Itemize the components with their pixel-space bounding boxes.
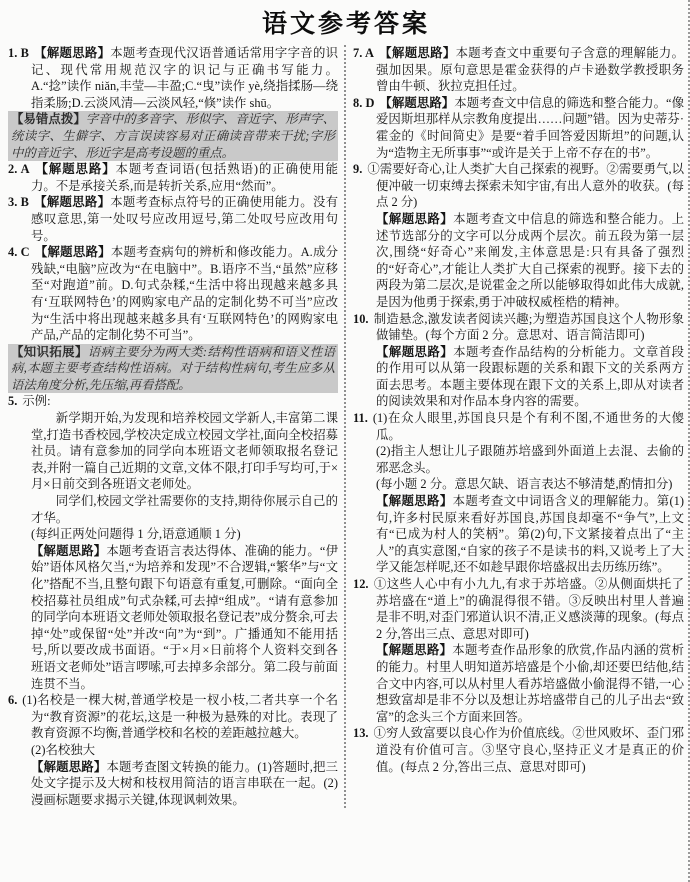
- answer-item-4: 4. C【解题思路】本题考查病句的辨析和修改能力。A.成分残缺,“电脑”应改为“…: [8, 244, 338, 344]
- answer-number: 13.: [353, 726, 369, 740]
- answer-number: 8. D: [353, 96, 374, 110]
- answer-subitem: (2)名校独大: [8, 742, 338, 759]
- solution-label: 【解题思路】: [376, 345, 453, 359]
- page-title: 语文参考答案: [8, 4, 684, 40]
- solution-paragraph: 【解题思路】本题考查作品形象的欣赏,作品内涵的赏析的能力。村里人明知道苏培盛是个…: [353, 642, 684, 725]
- sample-paragraph: 新学期开始,为发现和培养校园文学新人,丰富第二课堂,打造书香校园,学校决定成立校…: [8, 410, 338, 493]
- answer-number: 10.: [353, 312, 369, 326]
- answer-number: 3. B: [8, 195, 29, 209]
- solution-label: 【解题思路】: [379, 96, 454, 110]
- answer-number: 4. C: [8, 245, 30, 259]
- answer-number: 9.: [353, 162, 362, 176]
- answer-text: (2)名校独大: [31, 743, 95, 757]
- answer-item-3: 3. B【解题思路】本题考查标点符号的正确使用能力。没有感叹意思,第一处叹号应改…: [8, 194, 338, 244]
- answer-text: 示例:: [22, 394, 50, 408]
- solution-label: 【解题思路】: [35, 162, 116, 176]
- solution-label: 【解题思路】: [31, 544, 106, 558]
- answer-text: (1)在众人眼里,苏国良只是个有利不图,不通世务的大傻瓜。: [373, 411, 684, 442]
- solution-label: 【解题思路】: [379, 46, 456, 60]
- answer-number: 2. A: [8, 162, 30, 176]
- answer-text: 本题考查病句的辨析和修改能力。A.成分残缺,“电脑”应改为“在电脑中”。B.语序…: [31, 245, 338, 342]
- answer-item-11: 11.(1)在众人眼里,苏国良只是个有利不图,不通世务的大傻瓜。: [353, 410, 684, 443]
- answer-number: 12.: [353, 577, 369, 591]
- solution-text: 本题考查语言表达得体、准确的能力。“伊始”语体风格欠当,“为培养和发现”不合逻辑…: [31, 544, 338, 691]
- solution-label: 【解题思路】: [376, 494, 453, 508]
- answer-number: 5.: [8, 394, 17, 408]
- tip-label: 【易错点拨】: [11, 112, 86, 126]
- solution-paragraph: 【解题思路】本题考查文中信息的筛选和整合能力。上述节选部分的文字可以分成两个层次…: [353, 211, 684, 311]
- answer-subitem: (2)指主人想让儿子跟随苏培盛到外面道上去混、去偷的邪恶念头。: [353, 443, 684, 476]
- error-tip-box: 【易错点拨】字音中的多音字、形似字、音近字、形声字、统读字、生僻字、方言误读容易…: [8, 111, 338, 161]
- answer-number: 1. B: [8, 46, 29, 60]
- answer-item-9: 9.①需要好奇心,让人类扩大自己探索的视野。②需要勇气,以便冲破一切束缚去探索未…: [353, 161, 684, 211]
- answer-text: ①穷人致富要以良心作为价值底线。②世风败坏、歪门邪道没有价值可言。③坚守良心,坚…: [374, 726, 685, 773]
- sample-text: 同学们,校园文学社需要你的支持,期待你展示自己的才华。: [31, 494, 338, 525]
- answer-item-1: 1. B【解题思路】本题考查现代汉语普通话常用字字音的识记、现代常用规范汉字的识…: [8, 45, 338, 111]
- answer-number: 7. A: [353, 46, 374, 60]
- sample-text: 新学期开始,为发现和培养校园文学新人,丰富第二课堂,打造书香校园,学校决定成立校…: [31, 411, 338, 491]
- answer-number: 11.: [353, 411, 368, 425]
- right-column: 7. A【解题思路】本题考查文中重要句子含意的理解能力。强加因果。原句意思是霍金…: [344, 45, 684, 808]
- solution-label: 【解题思路】: [376, 212, 453, 226]
- solution-paragraph: 【解题思路】本题考查文中词语含义的理解能力。第(1)句,许多村民原来看好苏国良,…: [353, 493, 684, 576]
- solution-label: 【解题思路】: [31, 760, 106, 774]
- two-column-layout: 1. B【解题思路】本题考查现代汉语普通话常用字字音的识记、现代常用规范汉字的识…: [8, 45, 684, 808]
- left-column: 1. B【解题思路】本题考查现代汉语普通话常用字字音的识记、现代常用规范汉字的识…: [8, 45, 344, 808]
- solution-paragraph: 【解题思路】本题考查作品结构的分析能力。文章首段的作用可以从第一段跟标题的关系和…: [353, 344, 684, 410]
- answer-number: 6.: [8, 693, 17, 707]
- solution-label: 【解题思路】: [34, 46, 110, 60]
- solution-label: 【解题思路】: [376, 643, 452, 657]
- answer-item-2: 2. A【解题思路】本题考查词语(包括熟语)的正确使用能力。不是承接关系,而是转…: [8, 161, 338, 194]
- solution-paragraph: 【解题思路】本题考查图文转换的能力。(1)答题时,把三处文字提示及大树和枝杈用简…: [8, 759, 338, 809]
- answer-item-8: 8. D【解题思路】本题考查文中信息的筛选和整合能力。“像爱因斯坦那样从宗教角度…: [353, 95, 684, 161]
- solution-paragraph: 【解题思路】本题考查语言表达得体、准确的能力。“伊始”语体风格欠当,“为培养和发…: [8, 543, 338, 692]
- answer-item-13: 13.①穷人致富要以良心作为价值底线。②世风败坏、歪门邪道没有价值可言。③坚守良…: [353, 725, 684, 775]
- tip-label: 【知识拓展】: [11, 345, 88, 359]
- sample-paragraph: 同学们,校园文学社需要你的支持,期待你展示自己的才华。: [8, 493, 338, 526]
- solution-label: 【解题思路】: [35, 245, 111, 259]
- answer-text: ①需要好奇心,让人类扩大自己探索的视野。②需要勇气,以便冲破一切束缚去探索未知宇…: [367, 162, 684, 209]
- answer-item-7: 7. A【解题思路】本题考查文中重要句子含意的理解能力。强加因果。原句意思是霍金…: [353, 45, 684, 95]
- answer-text: (1)名校是一棵大树,普通学校是一杈小枝,二者共享一个名为“教育资源”的花坛,这…: [22, 693, 338, 740]
- solution-label: 【解题思路】: [34, 195, 110, 209]
- answer-item-5: 5.示例:: [8, 393, 338, 410]
- solution-text: 本题考查文中信息的筛选和整合能力。上述节选部分的文字可以分成两个层次。前五段为第…: [376, 212, 684, 309]
- scoring-note: (每纠正两处问题得 1 分,语意通顺 1 分): [8, 526, 338, 543]
- answer-text: (2)指主人想让儿子跟随苏培盛到外面道上去混、去偷的邪恶念头。: [376, 444, 684, 475]
- answer-item-10: 10.制造悬念,激发读者阅读兴趣;为塑造苏国良这个人物形象做铺垫。(每个方面 2…: [353, 311, 684, 344]
- knowledge-expansion-box: 【知识拓展】语病主要分为两大类:结构性语病和语义性语病,本题主要考查结构性语病。…: [8, 344, 338, 394]
- answer-item-12: 12.①这些人心中有小九九,有求于苏培盛。②从侧面烘托了苏培盛在“道上”的确混得…: [353, 576, 684, 642]
- scoring-text: (每纠正两处问题得 1 分,语意通顺 1 分): [31, 527, 241, 541]
- answer-sheet-page: 语文参考答案 1. B【解题思路】本题考查现代汉语普通话常用字字音的识记、现代常…: [0, 0, 690, 882]
- answer-item-6: 6.(1)名校是一棵大树,普通学校是一杈小枝,二者共享一个名为“教育资源”的花坛…: [8, 692, 338, 742]
- scoring-note: (每小题 2 分。意思欠缺、语言表达不够清楚,酌情扣分): [353, 476, 684, 493]
- answer-text: ①这些人心中有小九九,有求于苏培盛。②从侧面烘托了苏培盛在“道上”的确混得很不错…: [374, 577, 685, 641]
- answer-text: 制造悬念,激发读者阅读兴趣;为塑造苏国良这个人物形象做铺垫。(每个方面 2 分。…: [374, 312, 685, 343]
- scoring-text: (每小题 2 分。意思欠缺、语言表达不够清楚,酌情扣分): [376, 477, 672, 491]
